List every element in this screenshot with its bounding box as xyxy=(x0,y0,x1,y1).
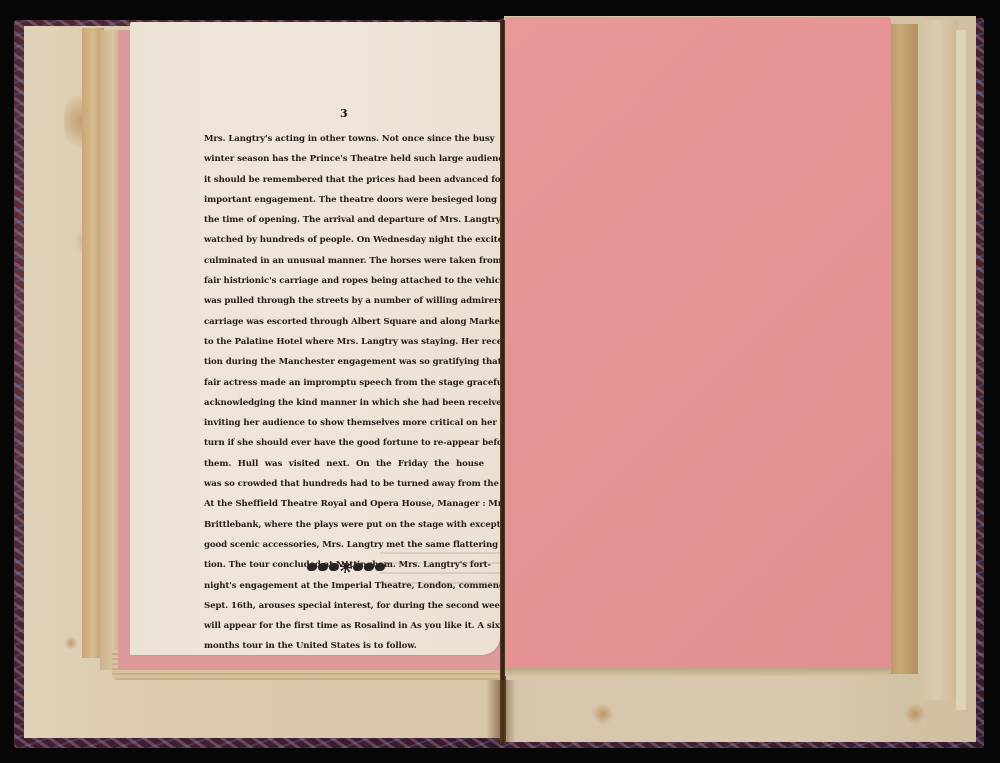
text-line: to the Palatine Hotel where Mrs. Langtry… xyxy=(204,332,484,352)
text-line: inviting her audience to show themselves… xyxy=(204,413,484,433)
fleuron-ornament-icon xyxy=(298,560,394,574)
text-line: tion during the Manchester engagement wa… xyxy=(204,352,484,372)
fleuron-leaf-icon xyxy=(353,563,363,571)
guard-strip xyxy=(956,30,966,710)
pink-page-edge xyxy=(505,668,891,676)
fleuron-leaf-icon xyxy=(307,563,317,571)
text-line: Sept. 16th, arouses special interest, fo… xyxy=(204,596,484,616)
guard-strip xyxy=(888,24,918,674)
fleuron-star-icon xyxy=(340,561,352,573)
foxing-stain xyxy=(592,704,614,724)
text-line: it should be remembered that the prices … xyxy=(204,170,484,190)
text-line: Brittlebank, where the plays were put on… xyxy=(204,515,484,535)
text-line: will appear for the first time as Rosali… xyxy=(204,616,484,636)
text-line: turn if she should ever have the good fo… xyxy=(204,433,484,453)
text-line: watched by hundreds of people. On Wednes… xyxy=(204,230,484,250)
text-line: important engagement. The theatre doors … xyxy=(204,190,484,210)
text-line: months tour in the United States is to f… xyxy=(204,636,484,656)
text-line: fair histrionic's carriage and ropes bei… xyxy=(204,271,484,291)
text-line: culminated in an unusual manner. The hor… xyxy=(204,251,484,271)
text-line: was so crowded that hundreds had to be t… xyxy=(204,474,484,494)
book-photograph: 3 Mrs. Langtry's acting in other towns. … xyxy=(0,0,1000,763)
text-line: acknowledging the kind manner in which s… xyxy=(204,393,484,413)
text-line: carriage was escorted through Albert Squ… xyxy=(204,312,484,332)
fleuron-leaf-icon xyxy=(375,563,385,571)
foxing-stain xyxy=(904,704,926,724)
blank-pink-page xyxy=(505,17,891,672)
text-line: fair actress made an impromptu speech fr… xyxy=(204,373,484,393)
foxing-stain xyxy=(64,636,78,650)
fleuron-leaf-icon xyxy=(329,563,339,571)
fleuron-leaf-icon xyxy=(318,563,328,571)
text-line: them. Hull was visited next. On the Frid… xyxy=(204,454,484,474)
guard-strip xyxy=(918,20,958,700)
text-line: Mrs. Langtry's acting in other towns. No… xyxy=(204,129,484,149)
text-line: At the Sheffield Theatre Royal and Opera… xyxy=(204,494,484,514)
text-line: was pulled through the streets by a numb… xyxy=(204,291,484,311)
fleuron-leaf-icon xyxy=(364,563,374,571)
text-line: winter season has the Prince's Theatre h… xyxy=(204,149,484,169)
gutter-stain xyxy=(486,680,516,742)
printed-page: 3 Mrs. Langtry's acting in other towns. … xyxy=(130,22,500,655)
text-line: the time of opening. The arrival and dep… xyxy=(204,210,484,230)
